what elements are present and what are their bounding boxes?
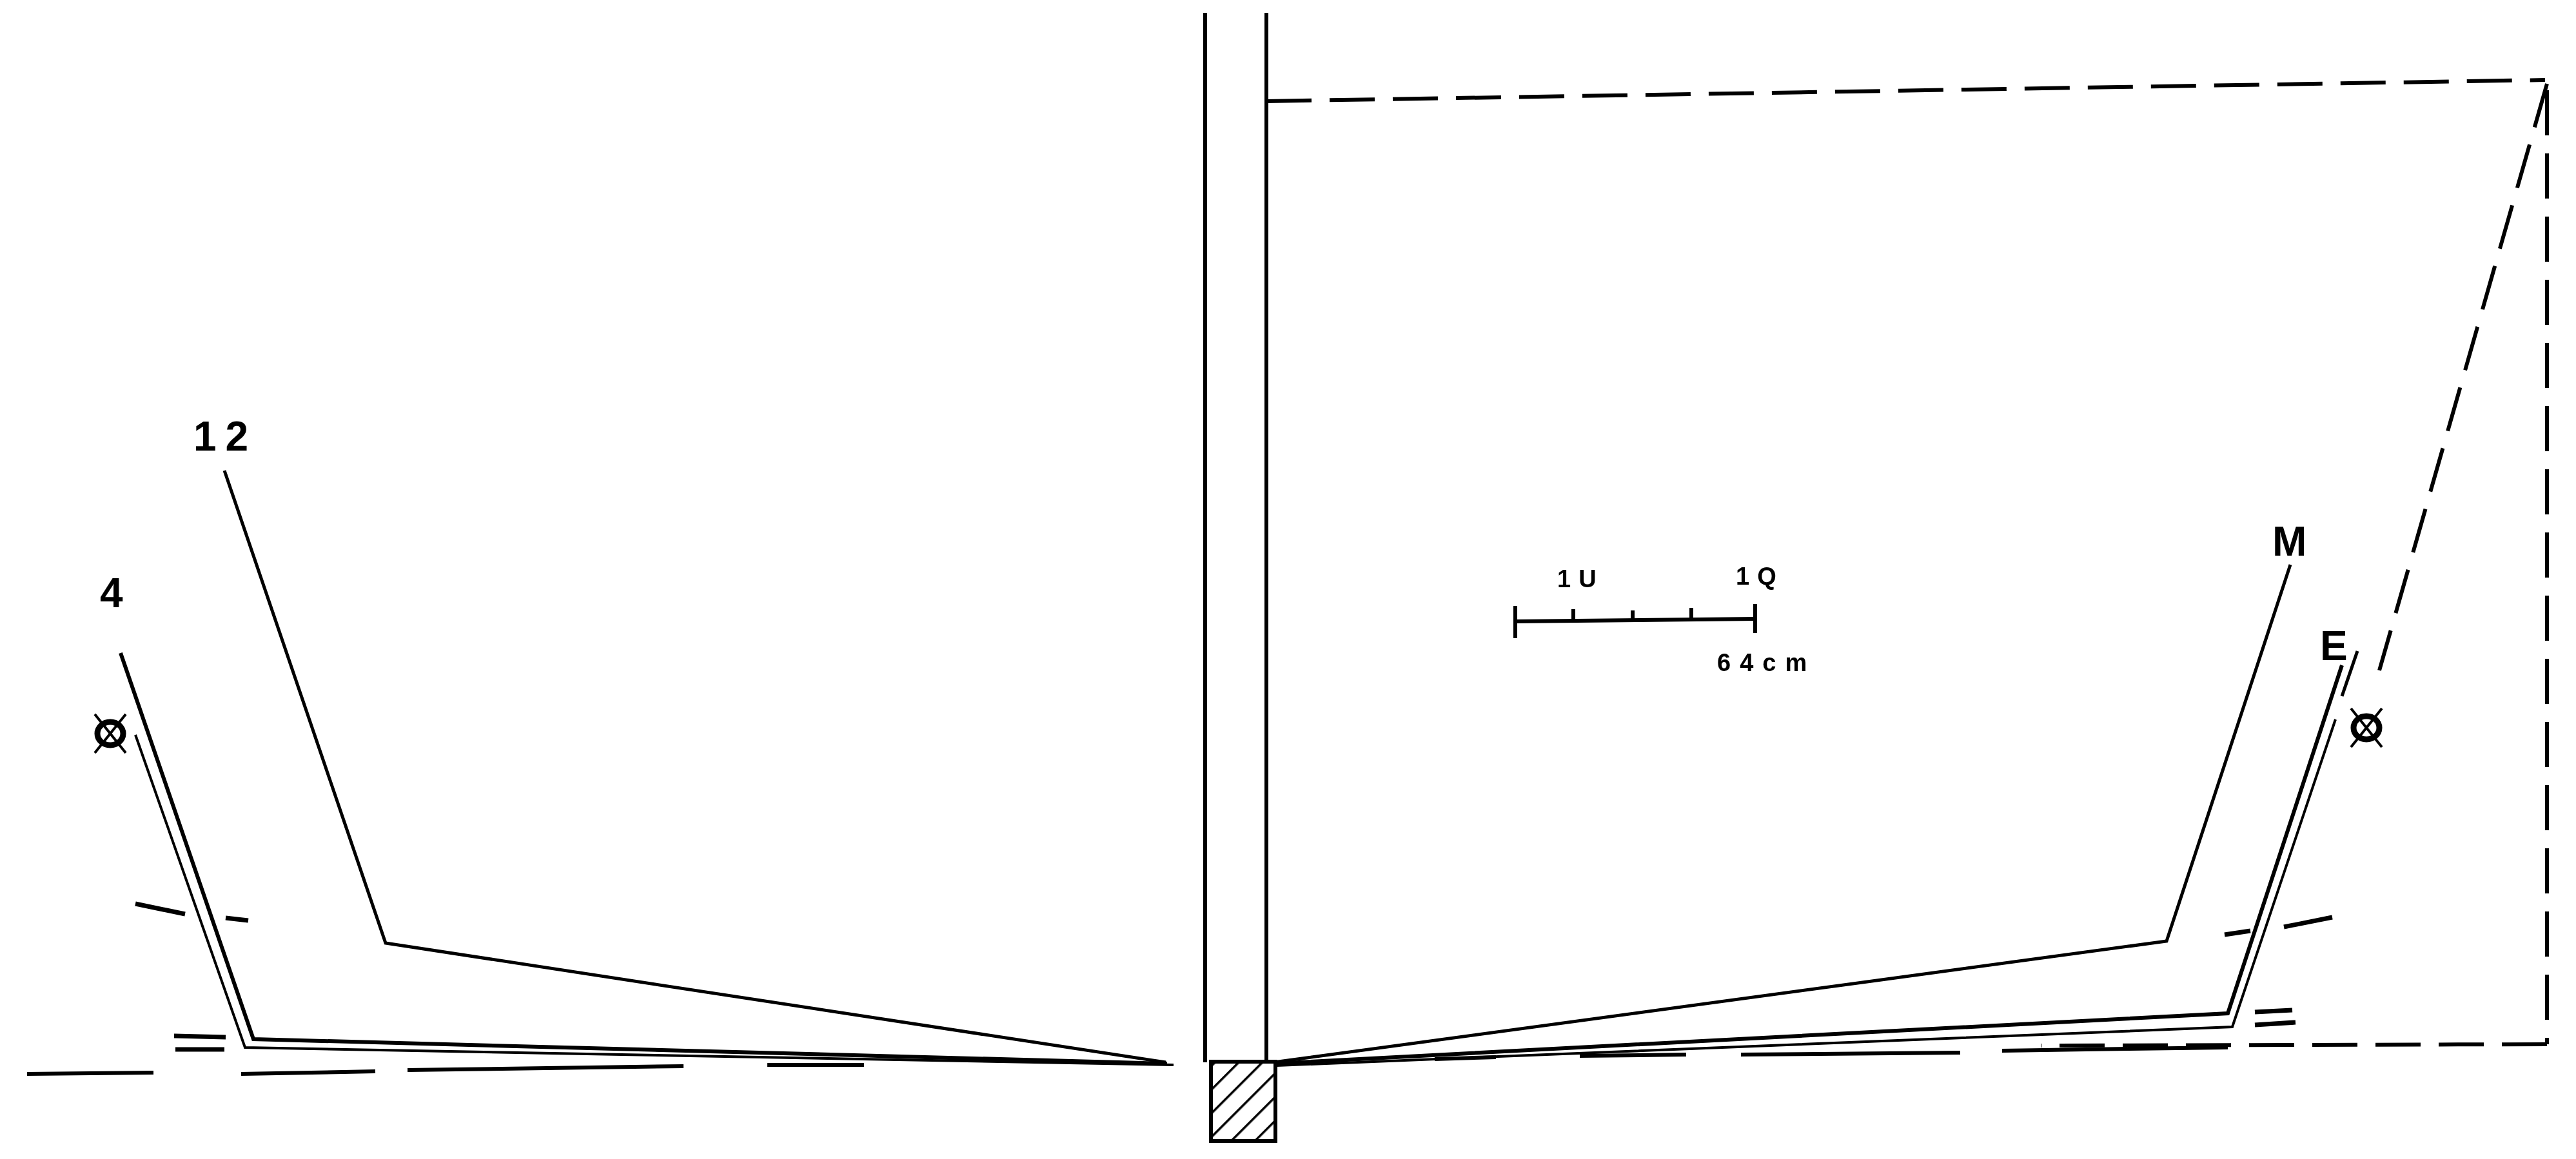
- hatched-keel-icon: [1211, 1062, 1275, 1141]
- station-label-12: 12: [193, 416, 257, 457]
- centerline-post: [1205, 13, 1266, 1062]
- transom-outline-dashed: [1266, 80, 2547, 1046]
- midship-section-symbol-icon: [2348, 705, 2384, 751]
- scale-tick-label-right: 1Q: [1736, 565, 1784, 589]
- station-12-line: [224, 471, 1166, 1062]
- midship-section-symbol-icon: [92, 710, 128, 757]
- station-4-line: [121, 653, 1167, 1064]
- station-e-inner-line: [1277, 719, 2335, 1066]
- station-4-inner-line: [135, 735, 1174, 1065]
- scale-bar: [1515, 604, 1755, 638]
- hull-body-plan: [0, 0, 2576, 1159]
- station-label-4: 4: [100, 572, 132, 614]
- chine-tick-marks: [135, 904, 2332, 1049]
- scale-tick-label-left: 1U: [1557, 567, 1604, 592]
- scale-unit-label: 64cm: [1717, 651, 1816, 676]
- station-m-line: [1273, 565, 2290, 1062]
- station-e-line: [1273, 665, 2342, 1064]
- station-label-m: M: [2272, 521, 2315, 562]
- station-label-e: E: [2320, 625, 2357, 667]
